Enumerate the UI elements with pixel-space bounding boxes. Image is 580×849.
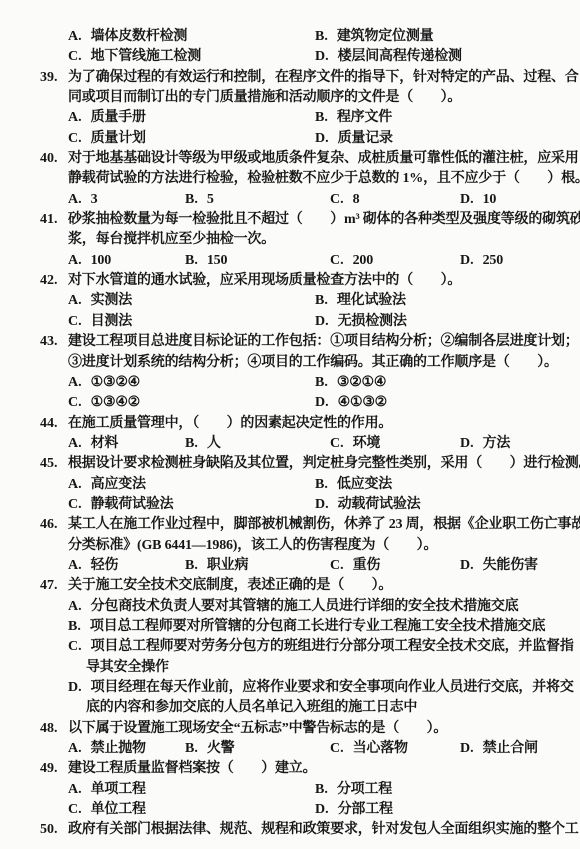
option-item: A.100 [68, 251, 185, 271]
option-label: C. [330, 558, 344, 573]
option-text: 轻伤 [91, 558, 119, 573]
stem-text: 建设工程项目总进度目标论证的工作包括：①项目结构分析；②编制各层进度计划； [68, 334, 579, 349]
question-number: 44. [40, 414, 68, 434]
question-number: 39. [40, 68, 68, 88]
question-number: 50. [40, 820, 68, 840]
question-block: 44.在施工质量管理中，（ ）的因素起决定性的作用。A.材料B.人C.环境D.方… [40, 414, 574, 455]
option-item: C.单位工程 [68, 800, 315, 820]
question-block: 42.对下水管道的通水试验，应采用现场质量检查方法中的（ ）。A.实测法B.理化… [40, 271, 574, 332]
option-item: B.人 [185, 434, 330, 454]
option-item: C.8 [330, 190, 460, 210]
options-row: A.实测法B.理化试验法 [40, 291, 574, 311]
option-label: B. [315, 477, 328, 492]
option-label: B. [315, 375, 328, 390]
option-text: 人 [207, 436, 221, 451]
question-block: 39.为了确保过程的有效运行和控制，在程序文件的指导下，针对特定的产品、过程、合… [40, 68, 574, 149]
option-label: D. [460, 253, 474, 268]
option-text: 单项工程 [91, 782, 146, 797]
question-stem-line: 50.政府有关部门根据法律、规范、规程和政策要求，针对发包人全面组织实施的整个工 [40, 820, 574, 840]
option-item: A.①③②④ [68, 373, 315, 393]
option-item: D.④①③② [315, 393, 387, 413]
stem-text: 同或项目而制订出的专门质量措施和活动顺序的文件是（ ）。 [68, 90, 461, 105]
options-row: A.高应变法B.低应变法 [40, 475, 574, 495]
option-label: C. [68, 49, 82, 64]
option-item: D.250 [460, 251, 503, 271]
option-label: B. [315, 293, 328, 308]
option-label: A. [68, 293, 82, 308]
option-text: 项目总工程师要对劳务分包方的班组进行分部分项工程安全技术交底，并监督指 [91, 639, 574, 654]
option-text: 单位工程 [91, 802, 146, 817]
option-item: A.禁止抛物 [68, 739, 185, 759]
option-item: C.当心落物 [330, 739, 460, 759]
question-block: 43.建设工程项目总进度目标论证的工作包括：①项目结构分析；②编制各层进度计划；… [40, 332, 574, 413]
option-text: 项目总工程师要对所管辖的分包商工长进行专业工程施工安全技术措施交底 [90, 619, 545, 634]
question-stem-line: 40.对于地基基础设计等级为甲级或地质条件复杂、成桩质量可靠性低的灌注桩，应采用 [40, 149, 574, 169]
option-item: B.火警 [185, 739, 330, 759]
option-text: 楼层间高程传递检测 [338, 49, 462, 64]
option-text: ①③②④ [91, 375, 140, 390]
option-item: B.③②①④ [315, 373, 386, 393]
option-label: B. [315, 110, 328, 125]
option-text: 分部工程 [338, 802, 393, 817]
option-text: 当心落物 [353, 741, 408, 756]
question-number: 46. [40, 515, 68, 535]
stem-text: 为了确保过程的有效运行和控制，在程序文件的指导下，针对特定的产品、过程、合 [68, 70, 579, 85]
question-number: 42. [40, 271, 68, 291]
option-text: 5 [207, 192, 214, 207]
option-label: A. [68, 110, 82, 125]
option-item: B.5 [185, 190, 330, 210]
option-text: 禁止抛物 [91, 741, 146, 756]
option-text: 项目经理在每天作业前，应将作业要求和安全事项向作业人员进行交底，并将交 [91, 680, 574, 695]
option-label: D. [315, 49, 329, 64]
question-number: 40. [40, 149, 68, 169]
option-item: D.禁止合闸 [460, 739, 538, 759]
option-item: D.无损检测法 [315, 312, 407, 332]
option-label: C. [68, 395, 82, 410]
option-text: 方法 [483, 436, 511, 451]
option-item: B.建筑物定位测量 [315, 27, 433, 47]
option-label: B. [185, 741, 198, 756]
option-label: C. [330, 741, 344, 756]
option-text: 100 [91, 253, 111, 268]
option-label: A. [68, 782, 82, 797]
option-label: A. [68, 436, 82, 451]
option-item: C.环境 [330, 434, 460, 454]
question-stem-line: 49.建设工程质量监督档案按（ ）建立。 [40, 759, 574, 779]
option-label: D. [68, 680, 82, 695]
option-label: D. [460, 558, 474, 573]
option-item: B.150 [185, 251, 330, 271]
options-row: A.单项工程B.分项工程 [40, 780, 574, 800]
option-item: C.质量计划 [68, 129, 315, 149]
stem-text: 砂浆抽检数量为每一检验批且不超过（ ）m³ 砌体的各种类型及强度等级的砌筑砂 [68, 212, 580, 227]
options-row: A.材料B.人C.环境D.方法 [40, 434, 574, 454]
options-row: A.100B.150C.200D.250 [40, 251, 574, 271]
option-label: B. [185, 558, 198, 573]
question-stem-line: 45.根据设计要求检测桩身缺陷及其位置，判定桩身完整性类别，采用（ ）进行检测。 [40, 454, 574, 474]
option-text: 质量记录 [338, 131, 393, 146]
option-label: A. [68, 558, 82, 573]
question-stem-line: 42.对下水管道的通水试验，应采用现场质量检查方法中的（ ）。 [40, 271, 574, 291]
option-label: C. [68, 497, 82, 512]
option-line: B.项目总工程师要对所管辖的分包商工长进行专业工程施工安全技术措施交底 [40, 617, 574, 637]
option-label: D. [460, 741, 474, 756]
option-item: C.重伤 [330, 556, 460, 576]
question-stem-line: 43.建设工程项目总进度目标论证的工作包括：①项目结构分析；②编制各层进度计划； [40, 332, 574, 352]
option-text: 质量计划 [91, 131, 146, 146]
stem-text: 以下属于设置施工现场安全“五标志”中警告标志的是（ ）。 [68, 721, 447, 736]
option-label: D. [315, 395, 329, 410]
option-label: D. [315, 314, 329, 329]
option-label: C. [330, 436, 344, 451]
option-text: 建筑物定位测量 [337, 29, 434, 44]
option-text: 8 [353, 192, 360, 207]
option-item: A.质量手册 [68, 108, 315, 128]
option-text: 3 [91, 192, 98, 207]
stem-text: ③进度计划系统的结构分析；④项目的工作编码。其正确的工作顺序是（ ）。 [68, 355, 558, 370]
options-row: C.地下管线施工检测D.楼层间高程传递检测 [40, 47, 574, 67]
question-number: 48. [40, 719, 68, 739]
question-number: 45. [40, 454, 68, 474]
option-line: C.项目总工程师要对劳务分包方的班组进行分部分项工程安全技术交底，并监督指 [40, 637, 574, 657]
option-text: 分包商技术负责人要对其管辖的施工人员进行详细的安全技术措施交底 [91, 599, 519, 614]
option-label: B. [315, 782, 328, 797]
option-item: D.楼层间高程传递检测 [315, 47, 462, 67]
option-text: 职业病 [207, 558, 248, 573]
option-text: 地下管线施工检测 [91, 49, 201, 64]
stem-text: 根据设计要求检测桩身缺陷及其位置，判定桩身完整性类别，采用（ ）进行检测。 [68, 456, 580, 471]
option-item: A.单项工程 [68, 780, 315, 800]
option-item: A.3 [68, 190, 185, 210]
question-stem-line: 44.在施工质量管理中，（ ）的因素起决定性的作用。 [40, 414, 574, 434]
stem-text: 分类标准》(GB 6441—1986)，该工人的伤害程度为（ ）。 [68, 538, 437, 553]
exam-page: A.墙体皮数杆检测B.建筑物定位测量C.地下管线施工检测D.楼层间高程传递检测3… [0, 0, 580, 849]
option-item: B.职业病 [185, 556, 330, 576]
stem-text: 某工人在施工作业过程中，脚部被机械割伤，休养了 23 周，根据《企业职工伤亡事故 [68, 517, 580, 532]
option-text: 低应变法 [337, 477, 392, 492]
option-text: 动载荷试验法 [338, 497, 421, 512]
options-row: A.3B.5C.8D.10 [40, 190, 574, 210]
options-row: C.单位工程D.分部工程 [40, 800, 574, 820]
option-text: 材料 [91, 436, 119, 451]
option-text: 火警 [207, 741, 235, 756]
option-item: C.200 [330, 251, 460, 271]
option-label: C. [330, 253, 344, 268]
option-label: A. [68, 477, 82, 492]
option-item: B.理化试验法 [315, 291, 406, 311]
question-stem-line: 41.砂浆抽检数量为每一检验批且不超过（ ）m³ 砌体的各种类型及强度等级的砌筑… [40, 210, 574, 230]
options-row: C.①③④②D.④①③② [40, 393, 574, 413]
option-item: C.地下管线施工检测 [68, 47, 315, 67]
option-text: ①③④② [91, 395, 140, 410]
option-line: 导其安全操作 [40, 658, 574, 678]
option-text: 250 [483, 253, 503, 268]
question-number: 41. [40, 210, 68, 230]
options-row: A.禁止抛物B.火警C.当心落物D.禁止合闸 [40, 739, 574, 759]
option-label: C. [330, 192, 344, 207]
question-block: 41.砂浆抽检数量为每一检验批且不超过（ ）m³ 砌体的各种类型及强度等级的砌筑… [40, 210, 574, 271]
option-label: A. [68, 375, 82, 390]
question-stem-line: 46.某工人在施工作业过程中，脚部被机械割伤，休养了 23 周，根据《企业职工伤… [40, 515, 574, 535]
question-stem-line: 分类标准》(GB 6441—1986)，该工人的伤害程度为（ ）。 [40, 536, 574, 556]
option-text: 静载荷试验法 [91, 497, 174, 512]
option-text: ③②①④ [337, 375, 386, 390]
option-label: B. [185, 436, 198, 451]
stem-text: 对下水管道的通水试验，应采用现场质量检查方法中的（ ）。 [68, 273, 461, 288]
option-item: A.实测法 [68, 291, 315, 311]
option-label: B. [185, 253, 198, 268]
option-label: A. [68, 253, 82, 268]
option-item: A.轻伤 [68, 556, 185, 576]
option-line: D.项目经理在每天作业前，应将作业要求和安全事项向作业人员进行交底，并将交 [40, 678, 574, 698]
question-block: 45.根据设计要求检测桩身缺陷及其位置，判定桩身完整性类别，采用（ ）进行检测。… [40, 454, 574, 515]
question-stem-line: ③进度计划系统的结构分析；④项目的工作编码。其正确的工作顺序是（ ）。 [40, 353, 574, 373]
option-text: 程序文件 [337, 110, 392, 125]
option-text: 分项工程 [337, 782, 392, 797]
option-text: 高应变法 [91, 477, 146, 492]
option-item: D.动载荷试验法 [315, 495, 420, 515]
option-label: A. [68, 599, 82, 614]
question-block: A.墙体皮数杆检测B.建筑物定位测量C.地下管线施工检测D.楼层间高程传递检测 [40, 27, 574, 68]
option-item: B.分项工程 [315, 780, 392, 800]
stem-text: 静载荷试验的方法进行检验，检验桩数不应少于总数的 1%，且不应少于（ ）根。 [68, 171, 580, 186]
stem-text: 关于施工安全技术交底制度，表述正确的是（ ）。 [68, 578, 392, 593]
question-block: 48.以下属于设置施工现场安全“五标志”中警告标志的是（ ）。A.禁止抛物B.火… [40, 719, 574, 760]
option-item: A.墙体皮数杆检测 [68, 27, 315, 47]
option-label: B. [315, 29, 328, 44]
question-stem-line: 浆，每台搅拌机应至少抽检一次。 [40, 230, 574, 250]
question-stem-line: 48.以下属于设置施工现场安全“五标志”中警告标志的是（ ）。 [40, 719, 574, 739]
option-label: A. [68, 29, 82, 44]
option-label: B. [68, 619, 81, 634]
option-label: D. [460, 436, 474, 451]
question-block: 49.建设工程质量监督档案按（ ）建立。A.单项工程B.分项工程C.单位工程D.… [40, 759, 574, 820]
option-text: 重伤 [353, 558, 381, 573]
option-label: C. [68, 314, 82, 329]
options-row: A.质量手册B.程序文件 [40, 108, 574, 128]
question-block: 47.关于施工安全技术交底制度，表述正确的是（ ）。A.分包商技术负责人要对其管… [40, 576, 574, 718]
option-text: ④①③② [338, 395, 387, 410]
option-item: A.高应变法 [68, 475, 315, 495]
stem-text: 建设工程质量监督档案按（ ）建立。 [68, 761, 316, 776]
option-item: B.程序文件 [315, 108, 392, 128]
option-item: B.低应变法 [315, 475, 392, 495]
option-text: 环境 [353, 436, 381, 451]
question-stem-line: 同或项目而制订出的专门质量措施和活动顺序的文件是（ ）。 [40, 88, 574, 108]
option-line: A.分包商技术负责人要对其管辖的施工人员进行详细的安全技术措施交底 [40, 597, 574, 617]
option-line: 底的内容和参加交底的人员名单记入班组的施工日志中 [40, 698, 574, 718]
option-item: D.10 [460, 190, 496, 210]
option-label: C. [68, 639, 82, 654]
question-block: 50.政府有关部门根据法律、规范、规程和政策要求，针对发包人全面组织实施的整个工 [40, 820, 574, 840]
option-text: 无损检测法 [338, 314, 407, 329]
option-label: B. [185, 192, 198, 207]
option-text: 导其安全操作 [86, 660, 169, 675]
option-text: 失能伤害 [483, 558, 538, 573]
question-block: 46.某工人在施工作业过程中，脚部被机械割伤，休养了 23 周，根据《企业职工伤… [40, 515, 574, 576]
options-row: A.①③②④B.③②①④ [40, 373, 574, 393]
question-block: 40.对于地基基础设计等级为甲级或地质条件复杂、成桩质量可靠性低的灌注桩，应采用… [40, 149, 574, 210]
option-item: D.失能伤害 [460, 556, 538, 576]
options-row: C.目测法D.无损检测法 [40, 312, 574, 332]
option-label: A. [68, 741, 82, 756]
option-text: 底的内容和参加交底的人员名单记入班组的施工日志中 [86, 700, 417, 715]
options-row: C.质量计划D.质量记录 [40, 129, 574, 149]
options-row: C.静载荷试验法D.动载荷试验法 [40, 495, 574, 515]
option-item: C.静载荷试验法 [68, 495, 315, 515]
option-text: 墙体皮数杆检测 [91, 29, 188, 44]
option-text: 目测法 [91, 314, 132, 329]
option-text: 质量手册 [91, 110, 146, 125]
question-stem-line: 静载荷试验的方法进行检验，检验桩数不应少于总数的 1%，且不应少于（ ）根。 [40, 169, 574, 189]
option-item: C.目测法 [68, 312, 315, 332]
option-label: A. [68, 192, 82, 207]
option-text: 理化试验法 [337, 293, 406, 308]
option-item: A.材料 [68, 434, 185, 454]
option-text: 实测法 [91, 293, 132, 308]
option-item: D.方法 [460, 434, 510, 454]
option-text: 200 [353, 253, 373, 268]
stem-text: 浆，每台搅拌机应至少抽检一次。 [68, 232, 275, 247]
option-label: D. [460, 192, 474, 207]
stem-text: 对于地基基础设计等级为甲级或地质条件复杂、成桩质量可靠性低的灌注桩，应采用 [68, 151, 579, 166]
option-text: 10 [483, 192, 497, 207]
option-text: 150 [207, 253, 227, 268]
option-item: D.分部工程 [315, 800, 393, 820]
option-label: C. [68, 802, 82, 817]
question-number: 43. [40, 332, 68, 352]
option-label: D. [315, 497, 329, 512]
stem-text: 在施工质量管理中，（ ）的因素起决定性的作用。 [68, 416, 392, 431]
stem-text: 政府有关部门根据法律、规范、规程和政策要求，针对发包人全面组织实施的整个工 [68, 822, 579, 837]
option-text: 禁止合闸 [483, 741, 538, 756]
option-label: D. [315, 131, 329, 146]
question-stem-line: 47.关于施工安全技术交底制度，表述正确的是（ ）。 [40, 576, 574, 596]
option-item: C.①③④② [68, 393, 315, 413]
options-row: A.轻伤B.职业病C.重伤D.失能伤害 [40, 556, 574, 576]
question-stem-line: 39.为了确保过程的有效运行和控制，在程序文件的指导下，针对特定的产品、过程、合 [40, 68, 574, 88]
question-number: 49. [40, 759, 68, 779]
option-label: C. [68, 131, 82, 146]
question-number: 47. [40, 576, 68, 596]
option-label: D. [315, 802, 329, 817]
option-item: D.质量记录 [315, 129, 393, 149]
options-row: A.墙体皮数杆检测B.建筑物定位测量 [40, 27, 574, 47]
